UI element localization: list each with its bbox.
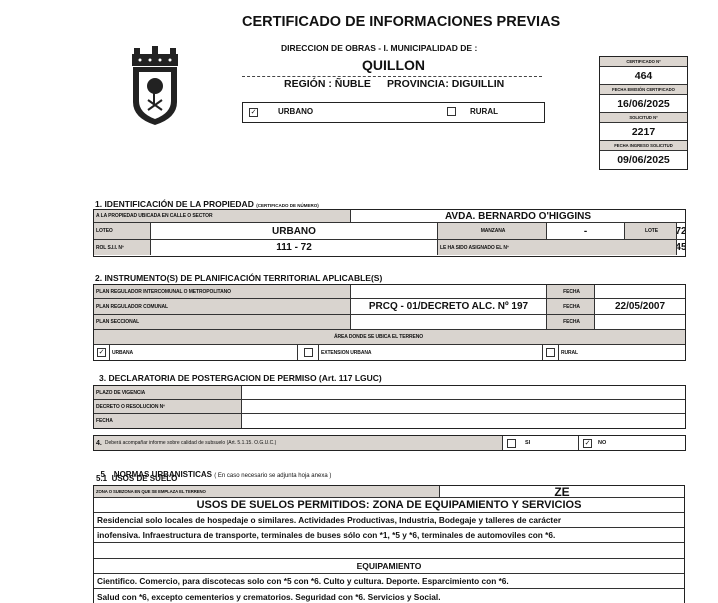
uses-header: USOS DE SUELOS PERMITIDOS: ZONA DE EQUIP… [94,498,684,512]
certificate-number-label: CERTIFICADO Nº [600,57,687,67]
comunal-plan-label: PLAN REGULADOR COMUNAL [94,299,351,314]
manzana-label: MANZANA [438,223,547,239]
loteo-label: LOTEO [94,223,151,239]
rural-checkbox[interactable] [447,107,456,116]
certificate-info-box: CERTIFICADO Nº 464 FECHA EMISIÓN CERTIFI… [599,56,688,170]
postponement-table: PLAZO DE VIGENCIA DECRETO O RESOLUCION N… [93,385,686,429]
zone-label: ZONA O SUBZONA EN QUE SE EMPLAZA EL TERR… [94,486,440,497]
seccional-plan-label: PLAN SECCIONAL [94,315,351,329]
section4-number: 4. [96,440,102,447]
province-label: PROVINCIA: DIGUILLIN [387,78,504,90]
comunal-date-label: FECHA [547,299,595,314]
comunal-date-value: 22/05/2007 [595,299,685,314]
decree-label: DECRETO O RESOLUCION Nº [94,400,242,413]
seccional-date-value [595,315,685,329]
assigned-number-value: 2456 [677,240,685,255]
section4-text: Deberá acompañar informe sobre calidad d… [105,440,276,446]
intercomunal-plan-label: PLAN REGULADOR INTERCOMUNAL O METROPOLIT… [94,285,351,298]
uses-line: inofensiva. Infraestructura de transport… [94,528,684,542]
lote-label: LOTE [625,223,677,239]
validity-value [242,386,685,399]
request-number-label: SOLICITUD Nº [600,113,687,123]
subsoil-si-checkbox[interactable] [507,439,516,448]
rural-label: RURAL [470,107,498,116]
extension-urbana-label: EXTENSION URBANA [319,345,543,360]
validity-label: PLAZO DE VIGENCIA [94,386,242,399]
postponement-date-label: FECHA [94,414,242,428]
intercomunal-date-label: FECHA [547,285,595,298]
property-identification-table: A LA PROPIEDAD UBICADA EN CALLE O SECTOR… [93,209,686,257]
subsoil-report-row: 4. Deberá acompañar informe sobre calida… [93,435,686,451]
assigned-number-label: LE HA SIDO ASIGNADO EL Nº [438,240,677,255]
document-title: CERTIFICADO DE INFORMACIONES PREVIAS [242,14,560,30]
issue-date-label: FECHA EMISIÓN CERTIFICADO [600,85,687,95]
equipment-line: Cientifico. Comercio, para discotecas so… [94,574,684,588]
region-label: REGIÓN : ÑUBLE [284,78,371,90]
zone-value: ZE [440,486,684,497]
equipment-line: Salud con *6, excepto cementerios y crem… [94,589,684,603]
urbana-label: URBANA [110,345,298,360]
issue-date-value: 16/06/2025 [600,95,687,113]
postponement-date-value [242,414,685,428]
decree-value [242,400,685,413]
municipal-coat-of-arms-icon [130,46,180,126]
loteo-value: URBANO [151,223,438,239]
request-date-label: FECHA INGRESO SOLICITUD [600,141,687,151]
uses-line: Residencial solo locales de hospedaje o … [94,513,684,527]
section1-title: 1. IDENTIFICACIÓN DE LA PROPIEDAD (CERTI… [95,199,319,209]
rural-area-label: RURAL [559,345,685,360]
manzana-value: - [547,223,625,239]
equipment-header: EQUIPAMIENTO [94,559,684,573]
urbana-checkbox[interactable]: ✓ [97,348,106,357]
planning-instruments-table: PLAN REGULADOR INTERCOMUNAL O METROPOLIT… [93,284,686,361]
address-label: A LA PROPIEDAD UBICADA EN CALLE O SECTOR [94,210,351,222]
seccional-date-label: FECHA [547,315,595,329]
section5-1-title: 5.1 USOS DE SUELO [96,474,177,483]
request-date-value: 09/06/2025 [600,151,687,169]
subsoil-no-checkbox[interactable]: ✓ [583,439,592,448]
rural-area-checkbox[interactable] [546,348,555,357]
certificate-number-value: 464 [600,67,687,85]
lote-value: 72 [677,223,685,239]
intercomunal-plan-value [351,285,547,298]
section2-title: 2. INSTRUMENTO(S) DE PLANIFICACIÓN TERRI… [95,273,382,283]
comunal-plan-value: PRCQ - 01/DECRETO ALC. Nº 197 [351,299,547,314]
urbano-label: URBANO [278,107,313,116]
zone-type-selector: ✓ URBANO RURAL [242,102,545,123]
uses-line [94,543,684,558]
land-use-table: ZONA O SUBZONA EN QUE SE EMPLAZA EL TERR… [93,485,685,603]
area-header: ÁREA DONDE SE UBICA EL TERRENO [94,330,685,344]
subsoil-no-label: NO [598,440,606,446]
address-value: AVDA. BERNARDO O'HIGGINS [351,210,685,222]
subsoil-si-label: SI [525,440,530,446]
dotted-divider [242,76,542,77]
seccional-plan-value [351,315,547,329]
extension-urbana-checkbox[interactable] [304,348,313,357]
document-subtitle: DIRECCION DE OBRAS - I. MUNICIPALIDAD DE… [281,43,477,53]
rol-label: ROL S.I.I. Nº [94,240,151,255]
intercomunal-date-value [595,285,685,298]
rol-value: 111 - 72 [151,240,438,255]
request-number-value: 2217 [600,123,687,141]
section3-title: 3. DECLARATORIA DE POSTERGACION DE PERMI… [99,373,382,383]
urbano-checkbox[interactable]: ✓ [249,108,258,117]
municipality-name: QUILLON [362,57,425,73]
